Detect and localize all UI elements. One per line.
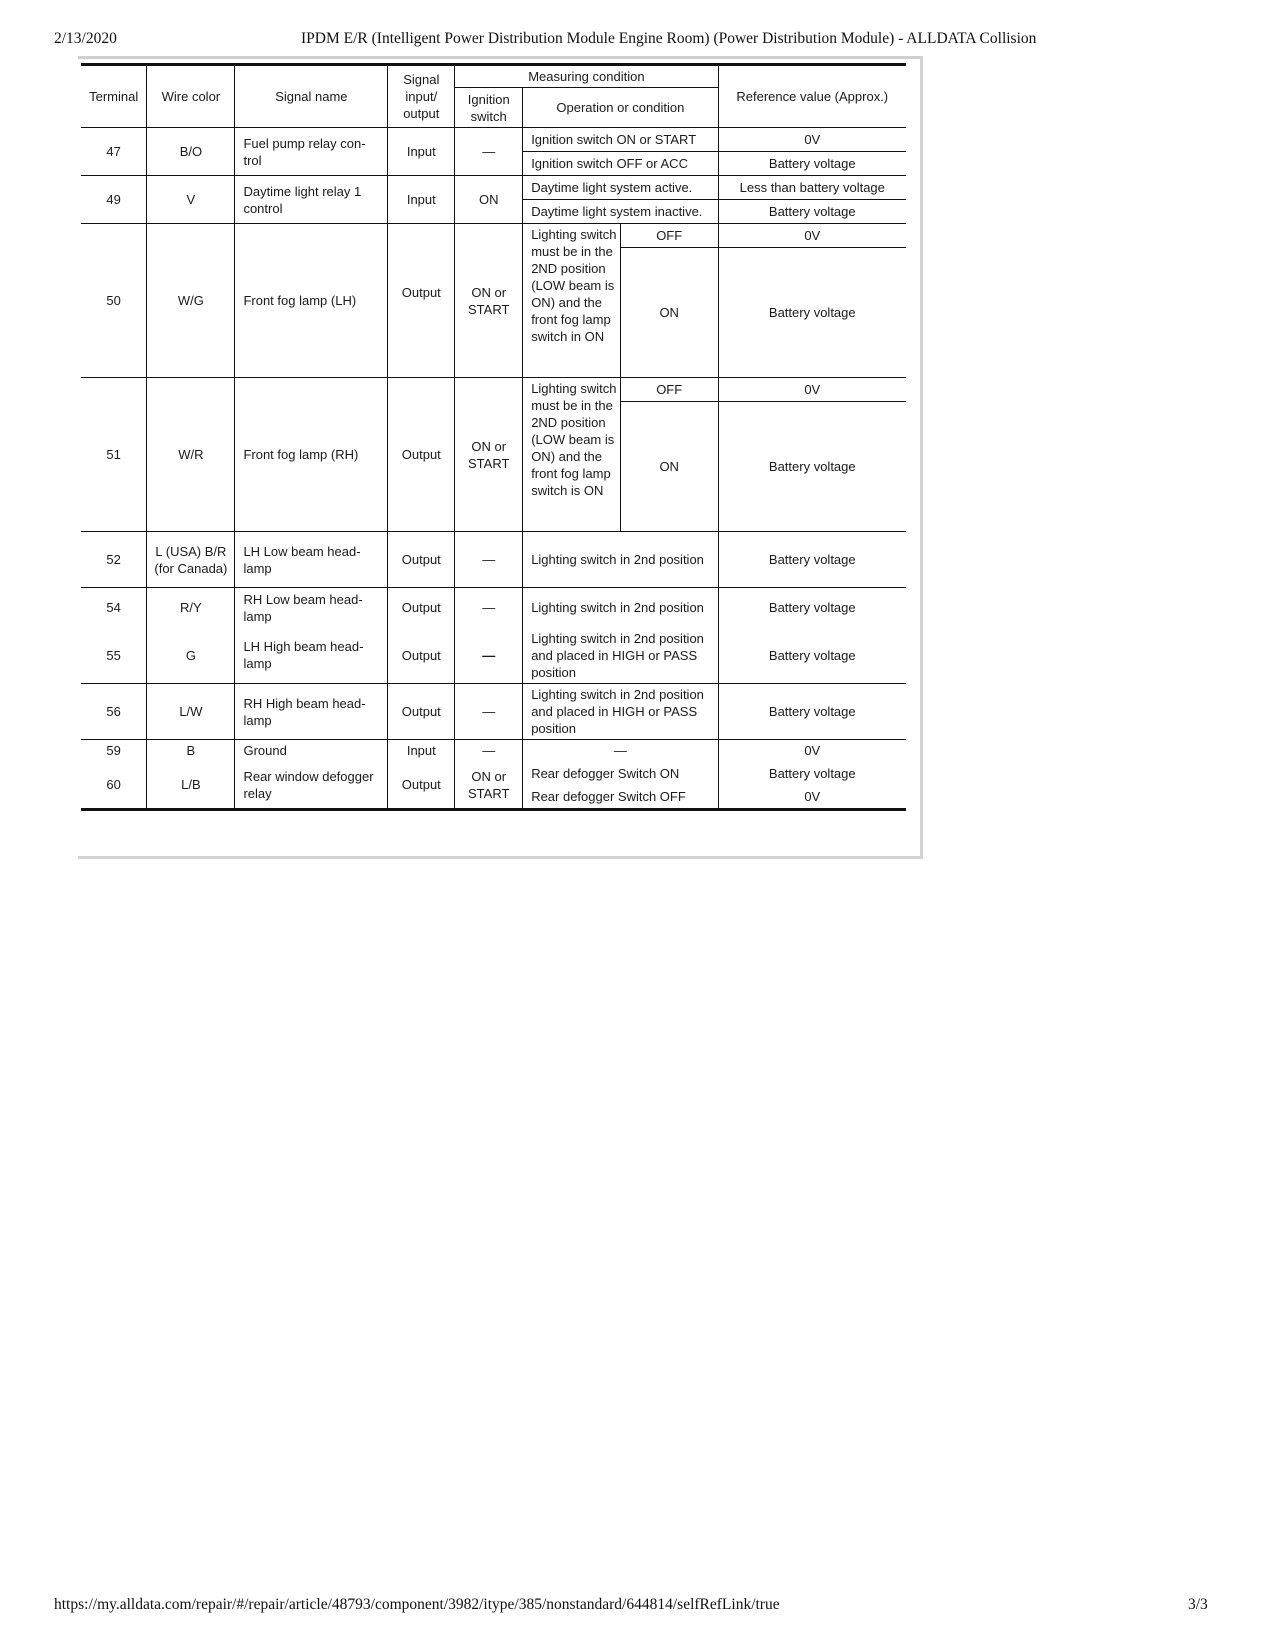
reference-cell: Battery voltage <box>718 684 906 740</box>
signal-name-cell: Rear window defogger relay <box>235 762 388 810</box>
terminal-cell: 49 <box>81 176 147 224</box>
header-signal-name: Signal name <box>235 65 388 128</box>
reference-cell: Battery voltage <box>718 588 906 628</box>
terminal-cell: 52 <box>81 532 147 588</box>
state-cell: ON <box>620 248 718 378</box>
ignition-cell: — <box>455 128 523 176</box>
operation-cell: Daytime light system active. <box>523 176 718 200</box>
page-number: 3/3 <box>1188 1596 1208 1614</box>
wire-color-cell: L/W <box>147 684 235 740</box>
ignition-cell: — <box>455 740 523 762</box>
operation-cell: Daytime light system inactive. <box>523 200 718 224</box>
header-ignition-switch: Ignition switch <box>455 88 523 128</box>
ignition-cell: ON or START <box>455 762 523 810</box>
operation-cell: Rear defogger Switch OFF <box>523 786 718 810</box>
print-date: 2/13/2020 <box>54 30 117 48</box>
signal-io-cell: Output <box>388 762 455 810</box>
table-row: 47 B/O Fuel pump relay con- trol Input —… <box>81 128 906 152</box>
operation-cell: Lighting switch in 2nd position <box>523 532 718 588</box>
page-title: IPDM E/R (Intelligent Power Distribution… <box>301 30 1036 48</box>
wire-color-cell: V <box>147 176 235 224</box>
reference-cell: 0V <box>718 128 906 152</box>
state-cell: OFF <box>620 224 718 248</box>
signal-io-cell: Output <box>388 224 455 378</box>
table-row: 52 L (USA) B/R (for Canada) LH Low beam … <box>81 532 906 588</box>
header-signal-io: Signal input/ output <box>388 65 455 128</box>
terminal-cell: 56 <box>81 684 147 740</box>
signal-name-cell: Front fog lamp (LH) <box>235 224 388 378</box>
header-wire-color: Wire color <box>147 65 235 128</box>
reference-cell: Battery voltage <box>718 628 906 684</box>
signal-io-cell: Input <box>388 128 455 176</box>
operation-cell: Lighting switch must be in the 2ND posit… <box>523 224 621 378</box>
reference-cell: 0V <box>718 378 906 402</box>
signal-io-cell: Output <box>388 628 455 684</box>
table-row: 51 W/R Front fog lamp (RH) Output ON or … <box>81 378 906 402</box>
terminal-cell: 47 <box>81 128 147 176</box>
table-row: 60 L/B Rear window defogger relay Output… <box>81 762 906 786</box>
reference-cell: 0V <box>718 224 906 248</box>
ignition-cell: ON or START <box>455 224 523 378</box>
state-cell: OFF <box>620 378 718 402</box>
reference-cell: Battery voltage <box>718 402 906 532</box>
wire-color-cell: L (USA) B/R (for Canada) <box>147 532 235 588</box>
signal-io-cell: Output <box>388 684 455 740</box>
signal-io-cell: Input <box>388 176 455 224</box>
reference-cell: 0V <box>718 786 906 810</box>
header-operation: Operation or condition <box>523 88 718 128</box>
signal-name-cell: LH High beam head- lamp <box>235 628 388 684</box>
terminal-cell: 51 <box>81 378 147 532</box>
wire-color-cell: R/Y <box>147 588 235 628</box>
signal-io-cell: Output <box>388 378 455 532</box>
signal-name-cell: Fuel pump relay con- trol <box>235 128 388 176</box>
signal-name-cell: RH Low beam head- lamp <box>235 588 388 628</box>
terminal-cell: 50 <box>81 224 147 378</box>
reference-cell: Battery voltage <box>718 248 906 378</box>
operation-cell: Lighting switch in 2nd position <box>523 588 718 628</box>
operation-cell: Ignition switch ON or START <box>523 128 718 152</box>
ignition-cell: ON <box>455 176 523 224</box>
terminal-cell: 55 <box>81 628 147 684</box>
terminal-cell: 54 <box>81 588 147 628</box>
signal-name-cell: Front fog lamp (RH) <box>235 378 388 532</box>
operation-cell: Lighting switch in 2nd position and plac… <box>523 628 718 684</box>
operation-cell: Lighting switch must be in the 2ND posit… <box>523 378 621 532</box>
signal-io-cell: Output <box>388 532 455 588</box>
signal-name-cell: Ground <box>235 740 388 762</box>
terminal-cell: 59 <box>81 740 147 762</box>
header-reference-value: Reference value (Approx.) <box>718 65 906 128</box>
wire-color-cell: B <box>147 740 235 762</box>
signal-name-cell: RH High beam head- lamp <box>235 684 388 740</box>
ignition-cell: — <box>455 532 523 588</box>
table-row: 56 L/W RH High beam head- lamp Output — … <box>81 684 906 740</box>
ignition-cell: — <box>455 588 523 628</box>
signal-name-cell: Daytime light relay 1 control <box>235 176 388 224</box>
signal-io-cell: Output <box>388 588 455 628</box>
ignition-cell: — <box>455 684 523 740</box>
ignition-cell: ON or START <box>455 378 523 532</box>
operation-cell: Ignition switch OFF or ACC <box>523 152 718 176</box>
terminal-spec-table: Terminal Wire color Signal name Signal i… <box>81 63 906 811</box>
reference-cell: Battery voltage <box>718 200 906 224</box>
reference-cell: 0V <box>718 740 906 762</box>
table-row: 59 B Ground Input — — 0V <box>81 740 906 762</box>
ignition-cell: — <box>455 628 523 684</box>
reference-cell: Battery voltage <box>718 532 906 588</box>
signal-io-cell: Input <box>388 740 455 762</box>
table-row: 50 W/G Front fog lamp (LH) Output ON or … <box>81 224 906 248</box>
wire-color-cell: W/R <box>147 378 235 532</box>
reference-cell: Battery voltage <box>718 152 906 176</box>
reference-cell: Less than battery voltage <box>718 176 906 200</box>
table-row: 54 R/Y RH Low beam head- lamp Output — L… <box>81 588 906 628</box>
operation-cell: Lighting switch in 2nd position and plac… <box>523 684 718 740</box>
header-measuring-condition: Measuring condition <box>455 65 718 88</box>
reference-cell: Battery voltage <box>718 762 906 786</box>
wire-color-cell: L/B <box>147 762 235 810</box>
header-terminal: Terminal <box>81 65 147 128</box>
state-cell: ON <box>620 402 718 532</box>
wire-color-cell: G <box>147 628 235 684</box>
wire-color-cell: B/O <box>147 128 235 176</box>
wire-color-cell: W/G <box>147 224 235 378</box>
terminal-cell: 60 <box>81 762 147 810</box>
table-row: 49 V Daytime light relay 1 control Input… <box>81 176 906 200</box>
table-row: 55 G LH High beam head- lamp Output — Li… <box>81 628 906 684</box>
signal-name-cell: LH Low beam head- lamp <box>235 532 388 588</box>
page-url: https://my.alldata.com/repair/#/repair/a… <box>54 1596 780 1614</box>
operation-cell: Rear defogger Switch ON <box>523 762 718 786</box>
operation-cell: — <box>523 740 718 762</box>
